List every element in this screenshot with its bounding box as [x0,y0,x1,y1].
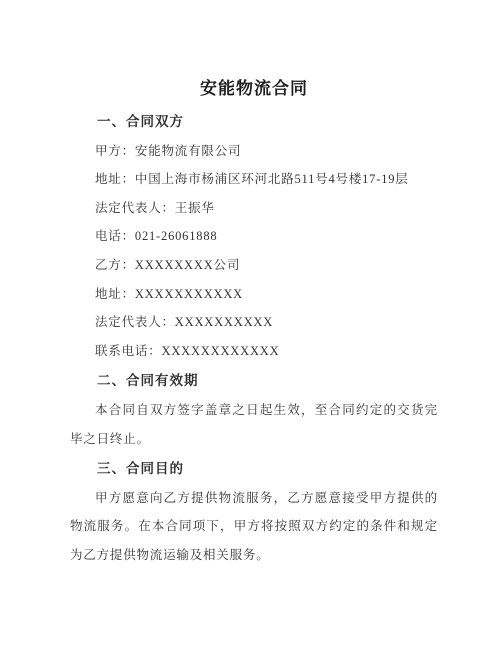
party-b-name-line: 乙方：XXXXXXXX公司 [70,251,438,280]
section-parties: 一、合同双方 甲方：安能物流有限公司 地址：中国上海市杨浦区环河北路511号4号… [70,108,438,365]
section-heading-purpose: 三、合同目的 [70,455,438,484]
document-title: 安能物流合同 [70,74,438,104]
party-a-phone-line: 电话：021-26061888 [70,222,438,251]
validity-paragraph: 本合同自双方签字盖章之日起生效，至合同约定的交货完毕之日终止。 [70,396,438,453]
party-b-address-line: 地址：XXXXXXXXXXX [70,280,438,309]
section-purpose: 三、合同目的 甲方愿意向乙方提供物流服务，乙方愿意接受甲方提供的物流服务。在本合… [70,455,438,569]
party-b-phone-line: 联系电话：XXXXXXXXXXXX [70,337,438,366]
section-heading-parties: 一、合同双方 [70,108,438,137]
party-b-legal-representative-line: 法定代表人：XXXXXXXXXX [70,308,438,337]
section-heading-validity: 二、合同有效期 [70,367,438,396]
party-a-name-line: 甲方：安能物流有限公司 [70,137,438,166]
purpose-paragraph: 甲方愿意向乙方提供物流服务，乙方愿意接受甲方提供的物流服务。在本合同项下，甲方将… [70,484,438,570]
party-a-address-line: 地址：中国上海市杨浦区环河北路511号4号楼17-19层 [70,165,438,194]
party-a-legal-representative-line: 法定代表人：王振华 [70,194,438,223]
contract-page: 安能物流合同 一、合同双方 甲方：安能物流有限公司 地址：中国上海市杨浦区环河北… [0,0,500,647]
section-validity: 二、合同有效期 本合同自双方签字盖章之日起生效，至合同约定的交货完毕之日终止。 [70,367,438,453]
